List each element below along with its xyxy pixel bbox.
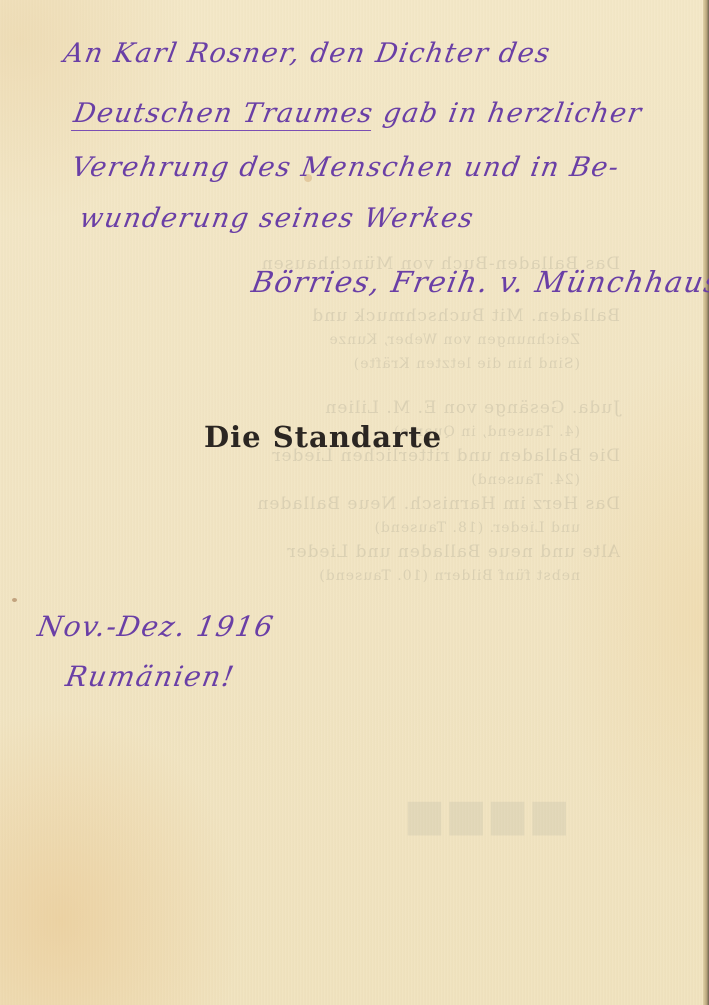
inscription-line-3: Verehrung des Menschen und in Be- <box>69 152 622 183</box>
date-note-line-1: Nov.-Dez. 1916 <box>35 610 277 643</box>
show-through-line: nebst fünf Bildern (10. Tausend) <box>300 564 620 588</box>
date-note-text: Nov.-Dez. 1916 <box>35 610 277 643</box>
binding-edge <box>703 0 709 1005</box>
book-page: Das Balladen-Buch von Münchhausen Ballad… <box>0 0 709 1005</box>
inscription-text: An Karl Rosner, den Dichter des <box>61 38 553 69</box>
foxing-spot <box>12 598 17 602</box>
show-through-line: Das Herz im Harnisch. Neue Balladen <box>300 492 620 516</box>
signature: Börries, Freih. v. Münchhausen <box>249 265 709 299</box>
show-through-line: Alte und neue Balladen und Lieder <box>300 540 620 564</box>
show-through-line: (Sind hin die letzten Kräfte) <box>300 352 620 376</box>
inscription-text: gab in herzlicher <box>371 98 645 129</box>
show-through-line: Zeichnungen von Weber, Kunze <box>300 328 620 352</box>
page-title: Die Standarte <box>204 420 442 454</box>
underlined-phrase: Deutschen Traumes <box>71 98 376 131</box>
show-through-line: (24. Tausend) <box>300 468 620 492</box>
place-note-text: Rumänien! <box>63 660 238 693</box>
inscription-line-1: An Karl Rosner, den Dichter des <box>61 38 553 69</box>
show-through-line: und Lieder. (18. Tausend) <box>300 516 620 540</box>
inscription-text: Verehrung des Menschen und in Be- <box>69 152 622 183</box>
inscription-line-2: Deutschen Traumes gab in herzlicher <box>71 98 645 129</box>
inscription-line-4: wunderung seines Werkes <box>77 203 477 234</box>
show-through-line: Balladen. Mit Buchschmuck und <box>300 304 620 328</box>
date-note-line-2: Rumänien! <box>63 660 238 693</box>
signature-text: Börries, Freih. v. Münchhausen <box>249 265 709 299</box>
inscription-text: wunderung seines Werkes <box>77 203 477 234</box>
show-through-block: ■■■■ <box>340 790 570 870</box>
show-through-line: Juda. Gesänge von E. M. Lilien <box>300 396 620 420</box>
